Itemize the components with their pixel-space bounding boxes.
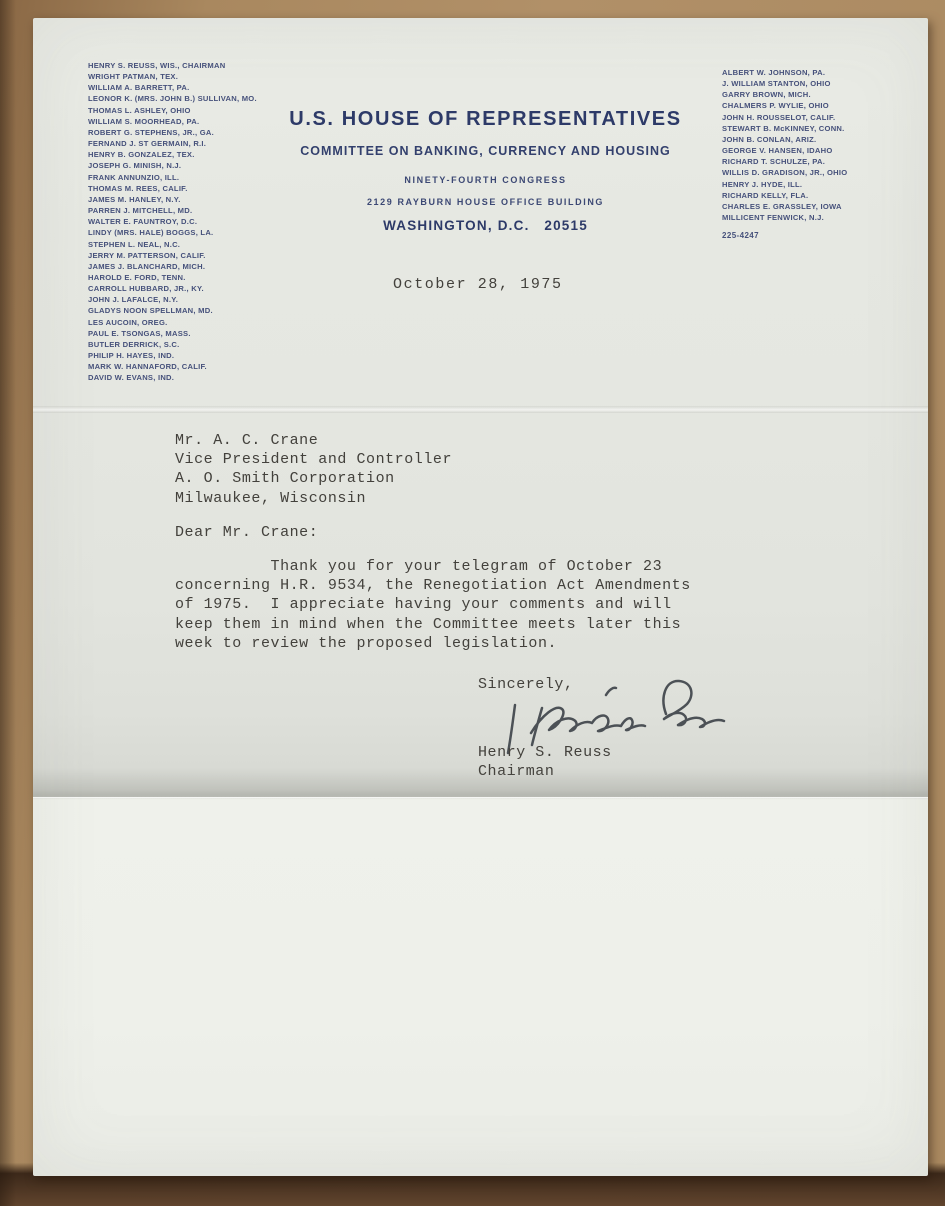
member-name: LES AUCOIN, OREG.: [88, 317, 378, 328]
body-line: Thank you for your telegram of October 2…: [175, 557, 691, 576]
member-name: WILLIAM A. BARRETT, PA.: [88, 82, 378, 93]
member-name: MARK W. HANNAFORD, CALIF.: [88, 361, 378, 372]
body-line: of 1975. I appreciate having your commen…: [175, 595, 691, 614]
body-line: concerning H.R. 9534, the Renegotiation …: [175, 576, 691, 595]
closing-line: Sincerely,: [478, 675, 574, 694]
salutation: Dear Mr. Crane:: [175, 523, 318, 542]
member-name: HENRY S. REUSS, WIS., CHAIRMAN: [88, 60, 378, 71]
member-name: JAMES J. BLANCHARD, MICH.: [88, 261, 378, 272]
member-name: ALBERT W. JOHNSON, PA.: [722, 67, 922, 78]
committee-title: COMMITTEE ON BANKING, CURRENCY AND HOUSI…: [38, 144, 933, 159]
letterhead-center: U.S. HOUSE OF REPRESENTATIVES COMMITTEE …: [38, 108, 933, 234]
city-zip-line: WASHINGTON, D.C. 20515: [38, 218, 933, 234]
building-address: 2129 RAYBURN HOUSE OFFICE BUILDING: [38, 197, 933, 208]
member-name: HAROLD E. FORD, TENN.: [88, 272, 378, 283]
signer-title: Chairman: [478, 762, 554, 781]
organization-title: U.S. HOUSE OF REPRESENTATIVES: [38, 108, 933, 130]
member-name: GLADYS NOON SPELLMAN, MD.: [88, 305, 378, 316]
address-line: Milwaukee, Wisconsin: [175, 489, 452, 508]
body-line: week to review the proposed legislation.: [175, 634, 691, 653]
member-name: PAUL E. TSONGAS, MASS.: [88, 328, 378, 339]
member-name: GARRY BROWN, MICH.: [722, 89, 922, 100]
letter-date: October 28, 1975: [393, 275, 563, 294]
address-line: Vice President and Controller: [175, 450, 452, 469]
recipient-address-block: Mr. A. C. CraneVice President and Contro…: [175, 431, 452, 508]
address-line: A. O. Smith Corporation: [175, 469, 452, 488]
letter-body-paragraph: Thank you for your telegram of October 2…: [175, 557, 691, 653]
address-line: Mr. A. C. Crane: [175, 431, 452, 450]
member-name: J. WILLIAM STANTON, OHIO: [722, 78, 922, 89]
signer-name: Henry S. Reuss: [478, 743, 612, 762]
upper-fold-crease: [33, 406, 928, 413]
member-name: PHILIP H. HAYES, IND.: [88, 350, 378, 361]
member-name: WRIGHT PATMAN, TEX.: [88, 71, 378, 82]
member-name: DAVID W. EVANS, IND.: [88, 372, 378, 383]
member-name: STEPHEN L. NEAL, N.C.: [88, 239, 378, 250]
member-name: JERRY M. PATTERSON, CALIF.: [88, 250, 378, 261]
photograph-of-letter: HENRY S. REUSS, WIS., CHAIRMANWRIGHT PAT…: [0, 0, 945, 1206]
body-line: keep them in mind when the Committee mee…: [175, 615, 691, 634]
letter-paper: HENRY S. REUSS, WIS., CHAIRMANWRIGHT PAT…: [33, 18, 928, 1176]
member-name: CARROLL HUBBARD, JR., KY.: [88, 283, 378, 294]
member-name: BUTLER DERRICK, S.C.: [88, 339, 378, 350]
member-name: LEONOR K. (MRS. JOHN B.) SULLIVAN, MO.: [88, 93, 378, 104]
congress-line: NINETY-FOURTH CONGRESS: [38, 175, 933, 186]
member-name: JOHN J. LAFALCE, N.Y.: [88, 294, 378, 305]
